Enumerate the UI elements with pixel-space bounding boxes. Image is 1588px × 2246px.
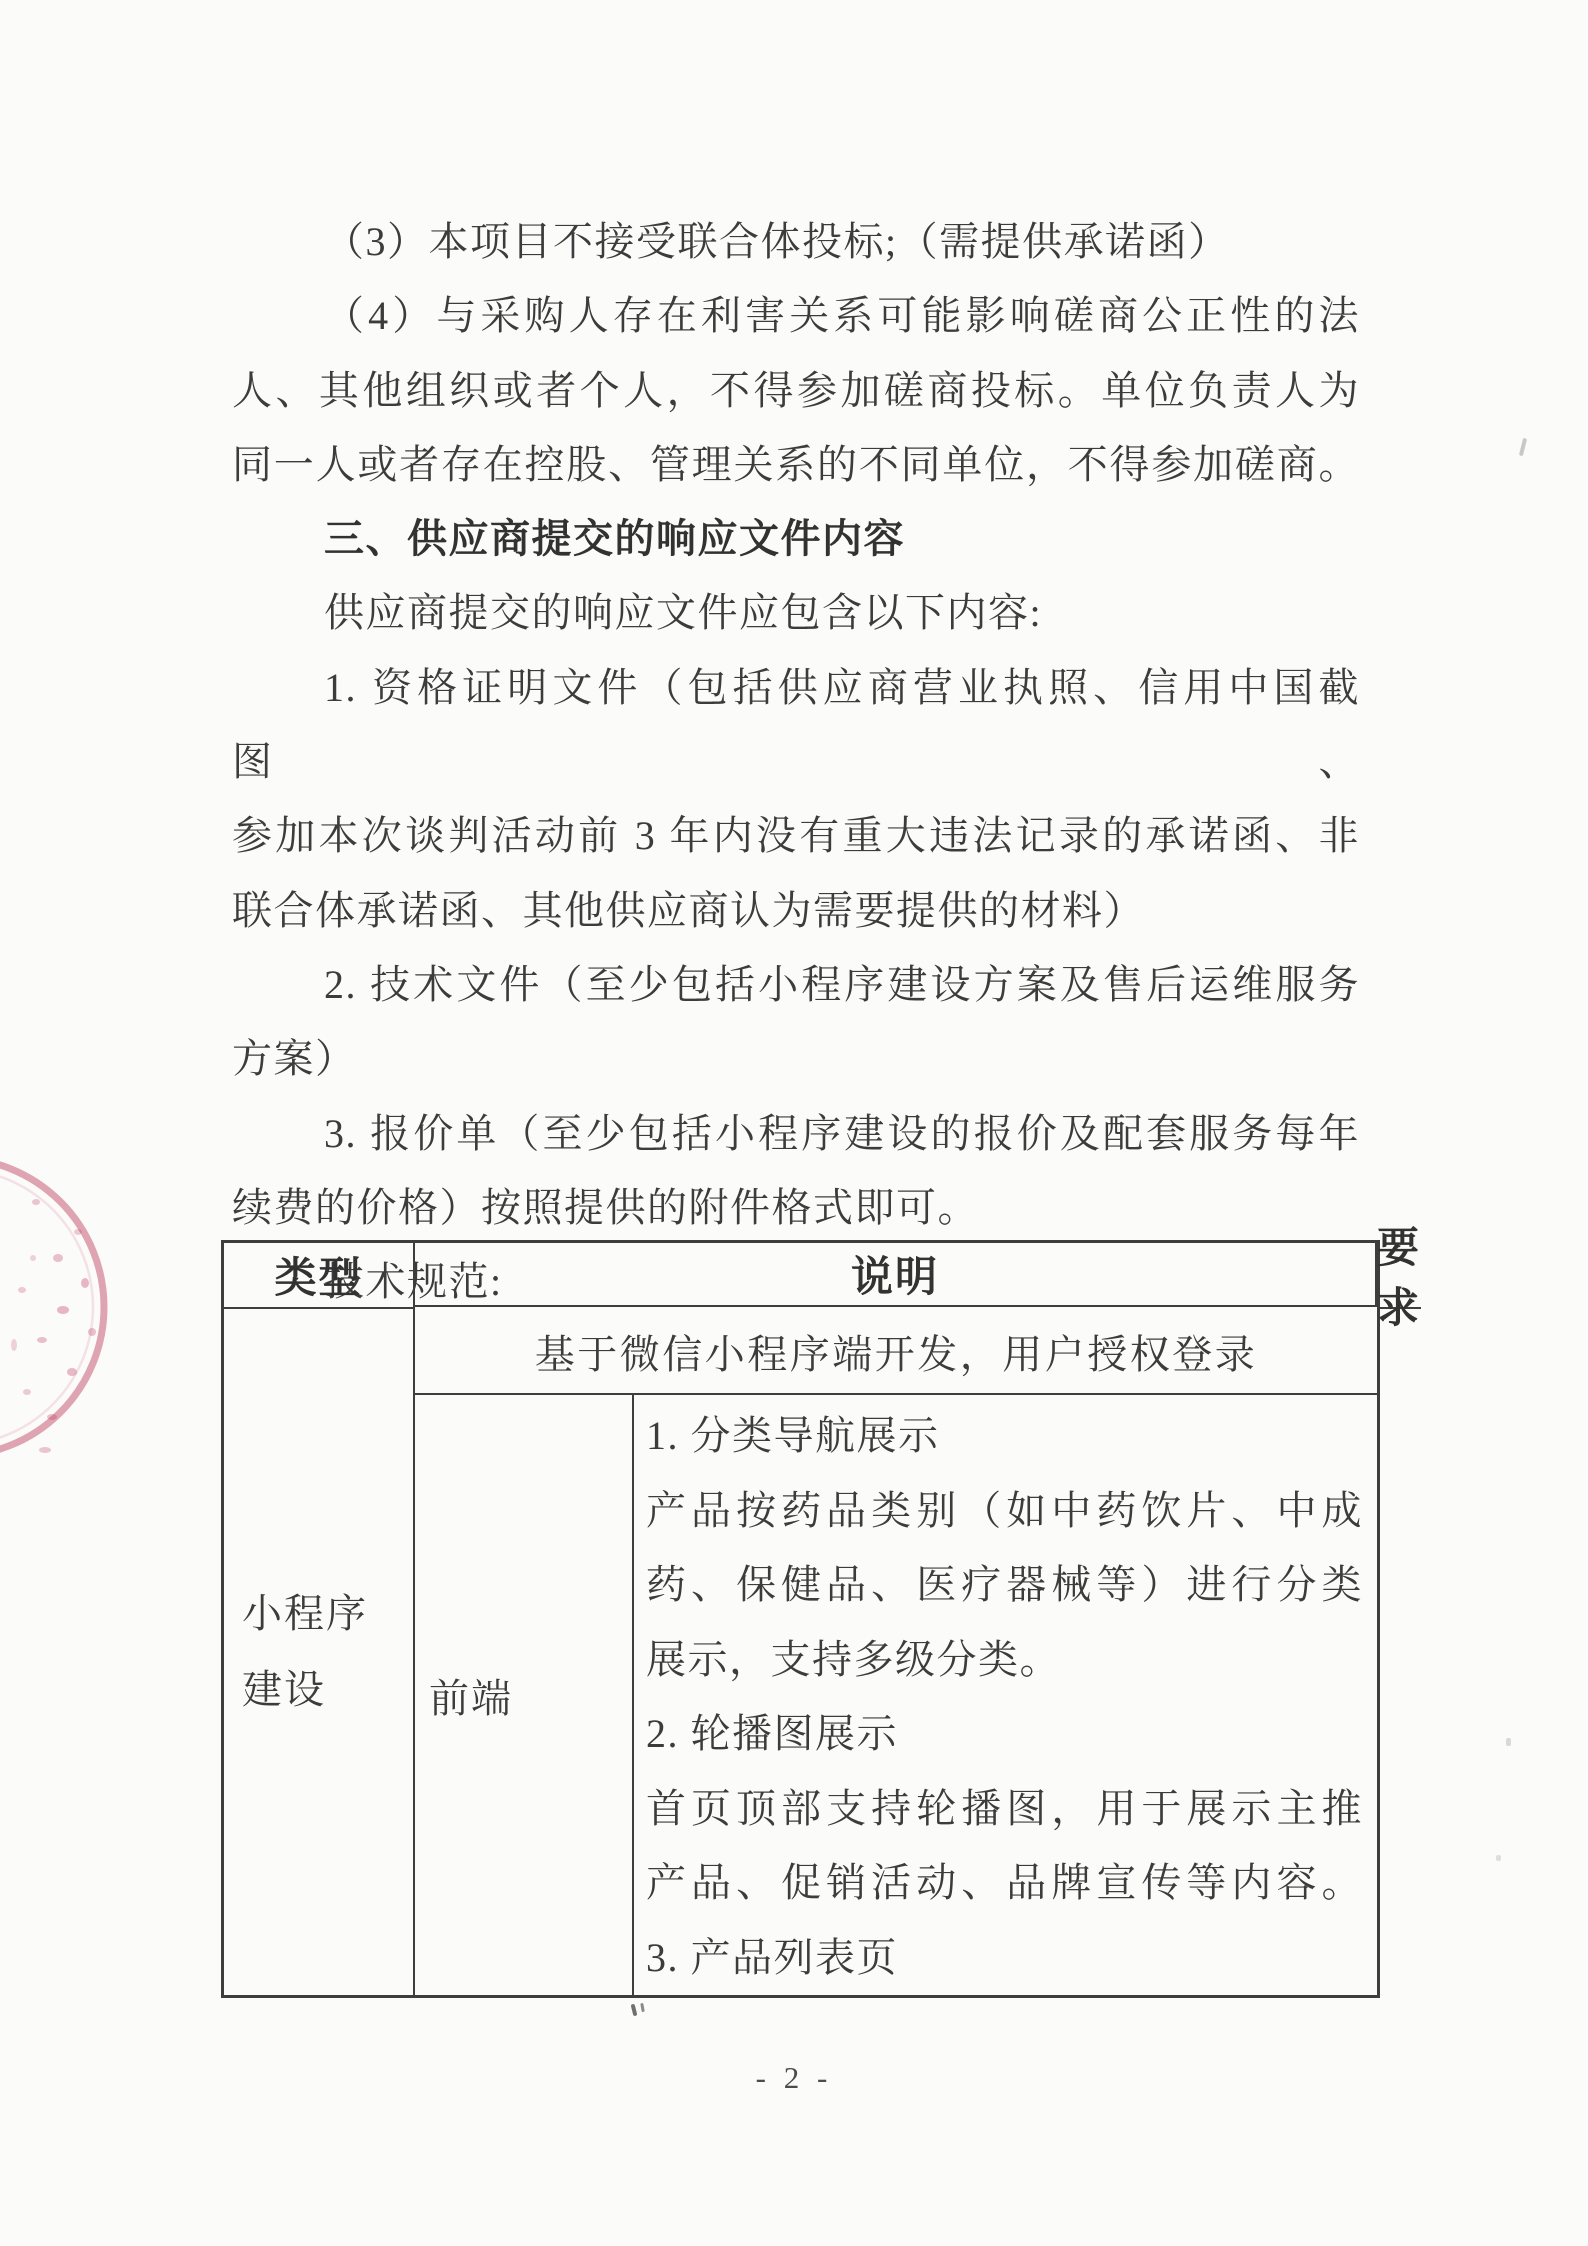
text-line: （3）本项目不接受联合体投标;（需提供承诺函） — [232, 205, 1360, 279]
text-line: 产品、促销活动、品牌宣传等内容。 — [646, 1846, 1363, 1921]
text-line: 3. 产品列表页 — [646, 1921, 1363, 1996]
text-line: 人、其他组织或者个人，不得参加磋商投标。单位负责人为 — [232, 354, 1360, 428]
page-number: - 2 - — [0, 2060, 1588, 2096]
table-cell-requirements: 1. 分类导航展示产品按药品类别（如中药饮片、中成药、保健品、医疗器械等）进行分… — [634, 1395, 1377, 1995]
text-line: 同一人或者存在控股、管理关系的不同单位，不得参加磋商。 — [232, 428, 1360, 502]
text-line: 1. 资格证明文件（包括供应商营业执照、信用中国截图、 — [232, 651, 1360, 800]
table-header-type: 类型 — [224, 1243, 413, 1309]
text-line: 三、供应商提交的响应文件内容 — [232, 502, 1360, 576]
table-body-row: 前端 1. 分类导航展示产品按药品类别（如中药饮片、中成药、保健品、医疗器械等）… — [415, 1395, 1377, 1995]
scan-artifact-mark — [640, 2003, 645, 2012]
table-header-req: 要求 — [1377, 1243, 1421, 1309]
text-line: 方案） — [232, 1022, 1360, 1096]
text-line: 2. 技术文件（至少包括小程序建设方案及售后运维服务 — [232, 948, 1360, 1022]
text-line: 1. 分类导航展示 — [646, 1399, 1363, 1474]
text-line: 2. 轮播图展示 — [646, 1697, 1363, 1772]
spec-table: 类型 小程序建设 说明 要求 基于微信小程序端开发，用户授权登录 前端 1. 分… — [221, 1240, 1380, 1998]
table-cell-type: 小程序建设 — [224, 1309, 413, 1995]
scan-artifact-mark — [1506, 1738, 1511, 1746]
red-seal-stamp — [0, 1140, 150, 1485]
text-line: （4）与采购人存在利害关系可能影响磋商公正性的法 — [232, 279, 1360, 353]
text-line: 续费的价格）按照提供的附件格式即可。 — [232, 1171, 1360, 1245]
text-line: 药、保健品、医疗器械等）进行分类 — [646, 1548, 1363, 1623]
table-header-row: 说明 要求 — [415, 1243, 1377, 1309]
text-line: 小程序 — [242, 1576, 413, 1652]
text-line: 首页顶部支持轮播图，用于展示主推 — [646, 1772, 1363, 1847]
table-column-type: 类型 小程序建设 — [224, 1243, 415, 1995]
text-line: 供应商提交的响应文件应包含以下内容: — [232, 576, 1360, 650]
table-merged-row: 基于微信小程序端开发，用户授权登录 — [415, 1309, 1377, 1395]
table-cell-desc: 前端 — [415, 1395, 634, 1995]
table-header-desc: 说明 — [415, 1243, 1377, 1307]
text-line: 建设 — [242, 1652, 413, 1728]
body-text-block: （3）本项目不接受联合体投标;（需提供承诺函）（4）与采购人存在利害关系可能影响… — [232, 205, 1360, 1319]
text-line: 联合体承诺函、其他供应商认为需要提供的材料） — [232, 874, 1360, 948]
text-line: 展示，支持多级分类。 — [646, 1623, 1363, 1698]
text-line: 3. 报价单（至少包括小程序建设的报价及配套服务每年 — [232, 1097, 1360, 1171]
text-line: 产品按药品类别（如中药饮片、中成 — [646, 1474, 1363, 1549]
scan-artifact-mark — [1519, 438, 1527, 456]
text-line: 参加本次谈判活动前 3 年内没有重大违法记录的承诺函、非 — [232, 799, 1360, 873]
table-columns-desc-req: 说明 要求 基于微信小程序端开发，用户授权登录 前端 1. 分类导航展示产品按药… — [415, 1243, 1377, 1995]
document-page: （3）本项目不接受联合体投标;（需提供承诺函）（4）与采购人存在利害关系可能影响… — [0, 0, 1588, 2246]
scan-artifact-mark — [631, 2004, 638, 2017]
scan-artifact-mark — [1496, 1855, 1501, 1861]
